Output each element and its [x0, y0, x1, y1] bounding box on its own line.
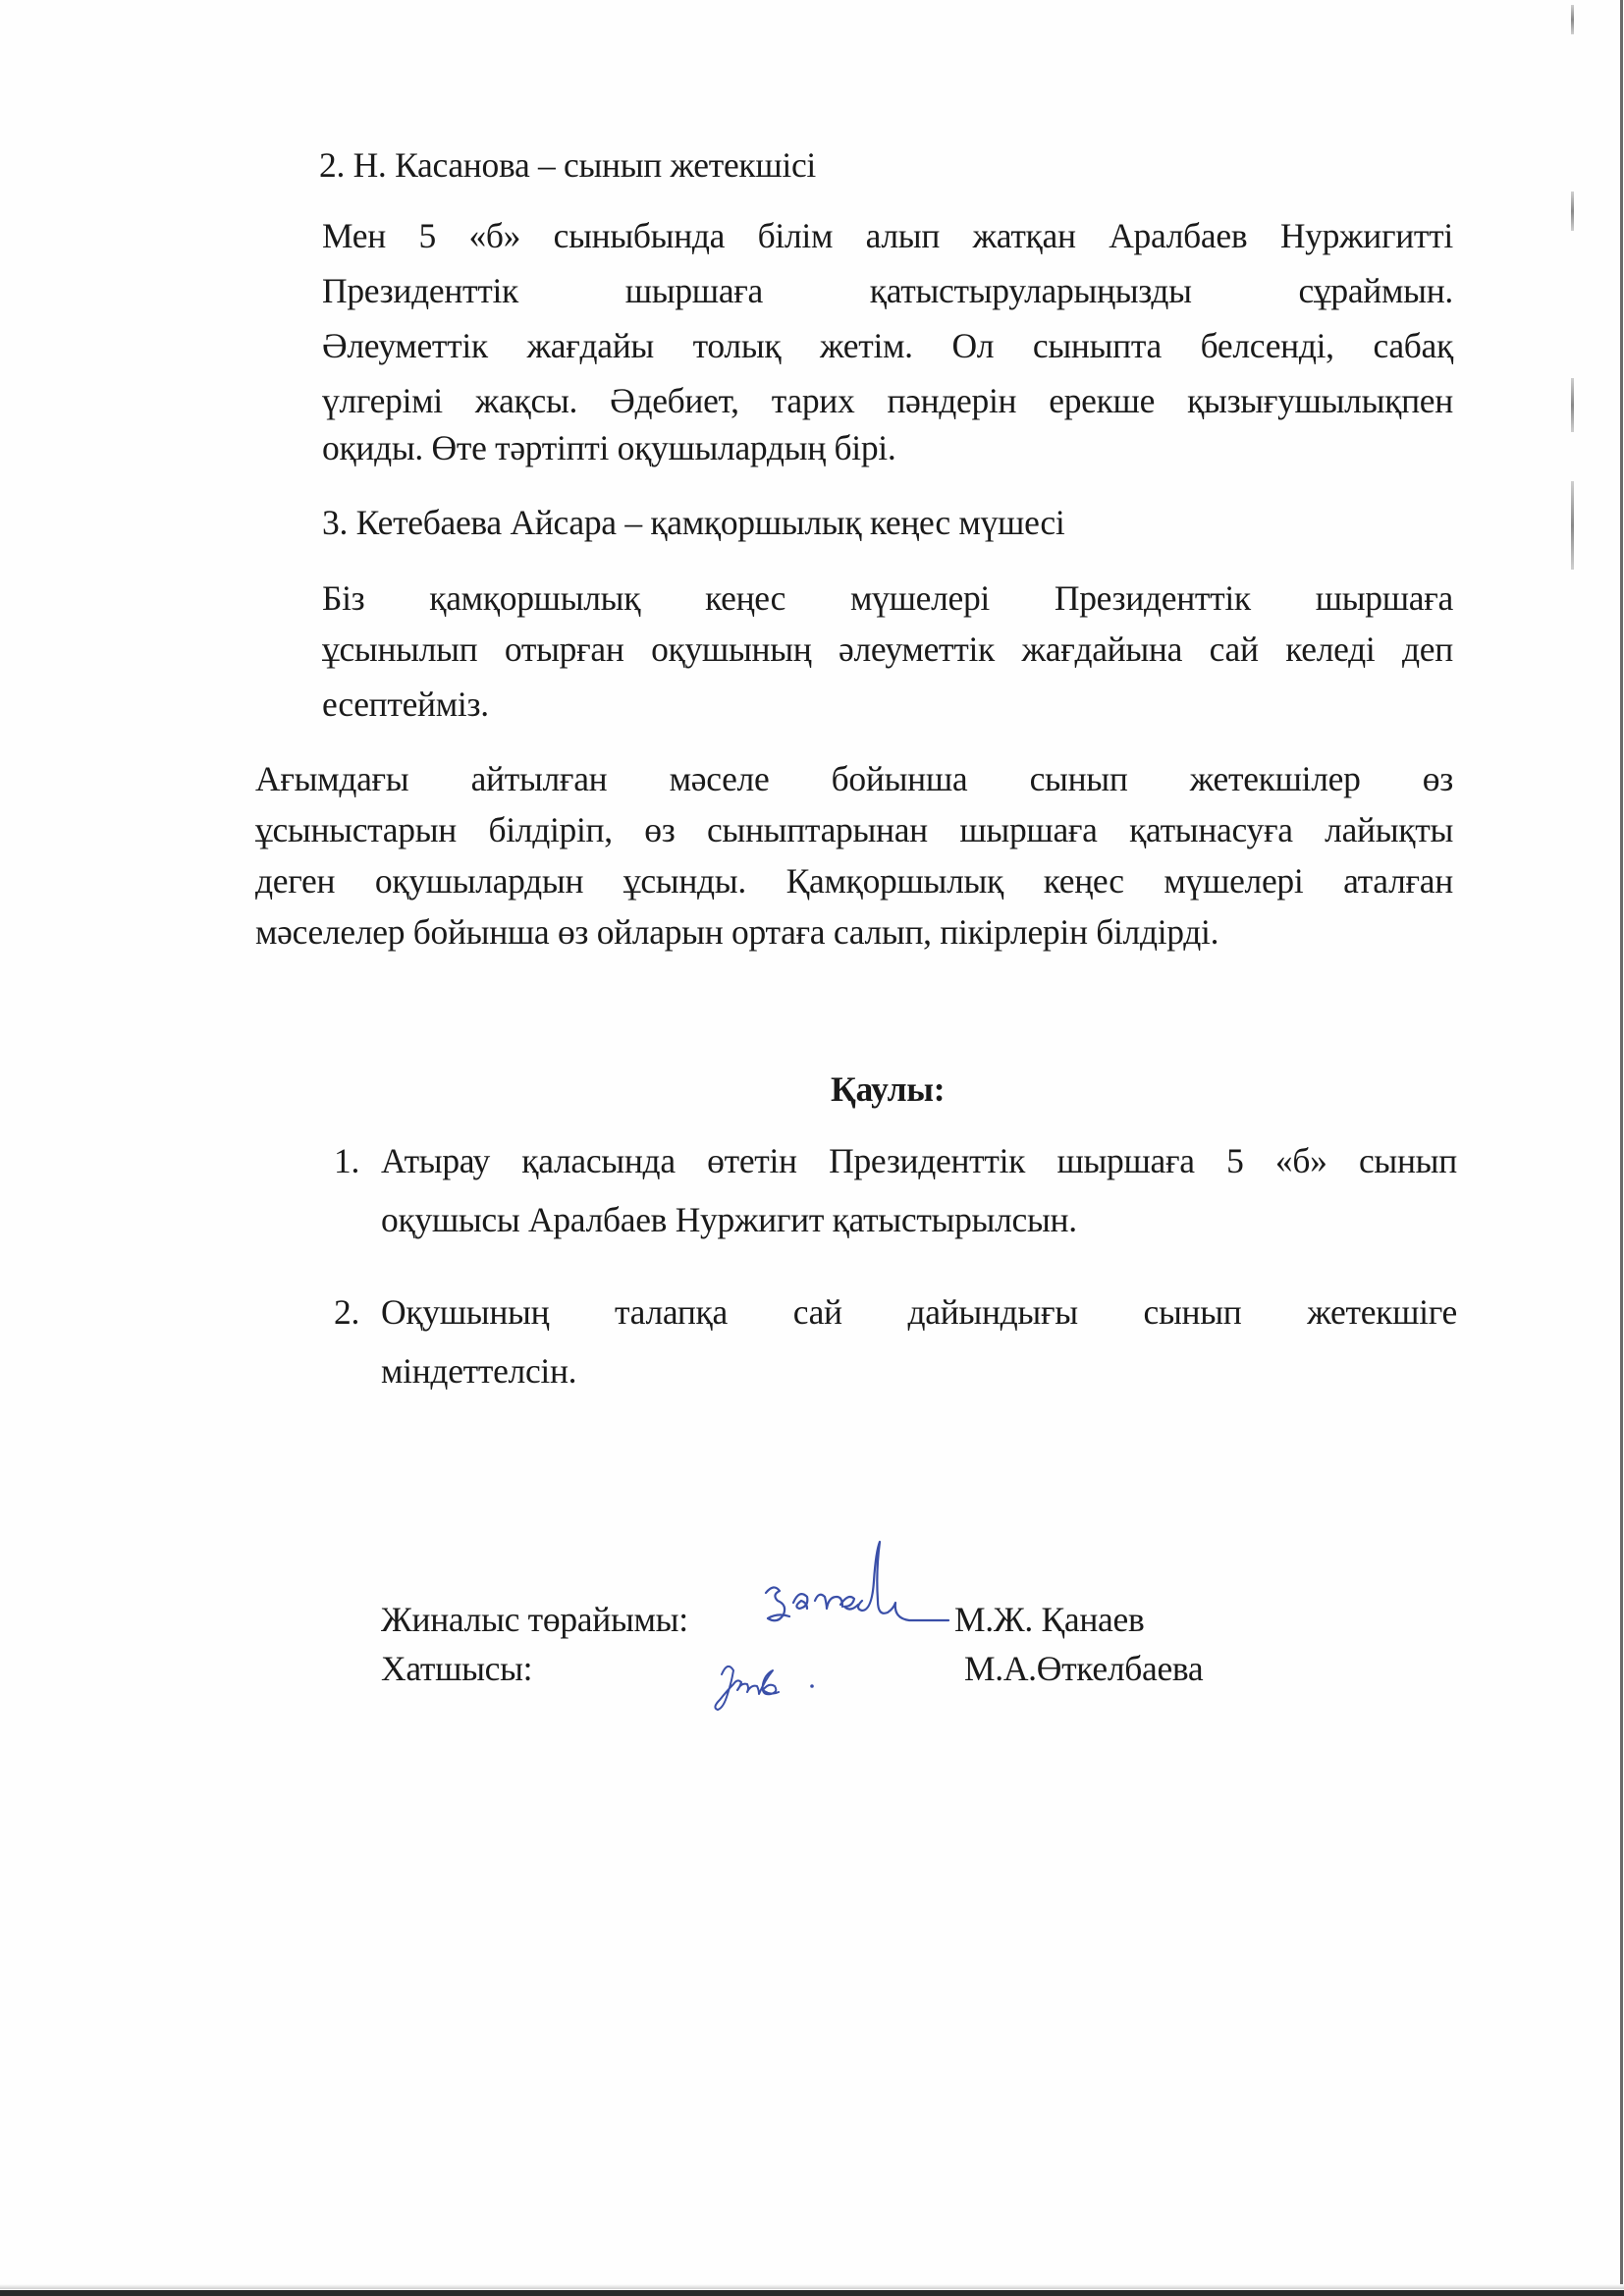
- word: бойынша: [832, 759, 968, 798]
- word: Нуржигитті: [1280, 216, 1453, 255]
- word: жақсы.: [475, 381, 577, 420]
- word: қамқоршылық: [429, 578, 640, 618]
- word: алып: [866, 216, 940, 255]
- resolution-item-2-line-2: міндеттелсін.: [381, 1351, 576, 1391]
- word: Атырау: [381, 1141, 490, 1180]
- word: әлеуметтік: [839, 629, 995, 669]
- resolution-item-1-line-2: оқушысы Аралбаев Нуржигит қатыстырылсын.: [381, 1200, 1077, 1239]
- word: білдіріп,: [488, 810, 612, 849]
- word: келеді: [1285, 629, 1375, 669]
- word: сабақ: [1373, 326, 1453, 365]
- word: аталған: [1343, 861, 1453, 901]
- item-3-heading: 3. Кетебаева Айсара – қамқоршылық кеңес …: [322, 503, 1064, 542]
- word: сыныбында: [554, 216, 726, 255]
- word: сынып: [1030, 759, 1128, 798]
- word: ерекше: [1049, 381, 1155, 420]
- word: жетім.: [820, 326, 913, 365]
- word: Президенттік: [1055, 578, 1251, 618]
- word: Біз: [322, 578, 364, 618]
- word: Аралбаев: [1109, 216, 1247, 255]
- word: тарих: [772, 381, 855, 420]
- word: белсенді,: [1201, 326, 1334, 365]
- word: шыршаға: [959, 810, 1097, 849]
- word: Президенттік: [829, 1141, 1025, 1180]
- item-3-paragraph-last-line: есептейміз.: [322, 684, 489, 724]
- word: жатқан: [973, 216, 1076, 255]
- word: шыршаға: [1056, 1141, 1194, 1180]
- word: өтетін: [707, 1141, 797, 1180]
- word: ұсынылып: [322, 629, 477, 669]
- item-3-paragraph-line-1: Біз қамқоршылық кеңес мүшелері Президент…: [322, 578, 1453, 618]
- word: деген: [255, 861, 335, 901]
- word: сыныптарынан: [707, 810, 928, 849]
- word: өз: [644, 810, 675, 849]
- word: қаласында: [521, 1141, 676, 1180]
- word: сынып: [1144, 1292, 1242, 1332]
- word: өз: [1423, 759, 1453, 798]
- resolution-item-1-line-1: Атырау қаласында өтетін Президенттік шыр…: [381, 1141, 1457, 1180]
- resolution-item-2-number: 2.: [334, 1292, 359, 1332]
- scan-mark: [1571, 378, 1574, 432]
- word: 5: [1226, 1141, 1243, 1180]
- word: Әдебиет,: [610, 381, 739, 420]
- resolution-item-2-line-1: Оқушының талапқа сай дайындығы сынып жет…: [381, 1292, 1457, 1332]
- word: ұсыныстарын: [255, 810, 457, 849]
- word: сынып: [1359, 1141, 1457, 1180]
- scan-right-edge: [1620, 0, 1623, 2288]
- word: Оқушының: [381, 1292, 549, 1332]
- word: дайындығы: [908, 1292, 1078, 1332]
- summary-last-line: мәселелер бойынша өз ойларын ортаға салы…: [255, 912, 1218, 952]
- word: қызығушылықпен: [1187, 381, 1453, 420]
- word: сыныпта: [1033, 326, 1162, 365]
- word: жағдайына: [1022, 629, 1183, 669]
- word: лайықты: [1325, 810, 1453, 849]
- word: білім: [758, 216, 833, 255]
- word: оқушылардын: [375, 861, 583, 901]
- item-2-paragraph-line-1: Мен 5 «б» сыныбында білім алып жатқан Ар…: [322, 216, 1453, 255]
- word: деп: [1402, 629, 1453, 669]
- word: жағдайы: [527, 326, 654, 365]
- word: үлгерімі: [322, 381, 443, 420]
- word: «б»: [468, 216, 520, 255]
- word: 5: [418, 216, 435, 255]
- summary-line-2: ұсыныстарын білдіріп, өз сыныптарынан шы…: [255, 810, 1453, 849]
- word: қатынасуға: [1129, 810, 1293, 849]
- word: ұсынды.: [623, 861, 746, 901]
- secretary-signature-icon: [702, 1625, 859, 1723]
- word: шыршаға: [625, 271, 763, 310]
- word: талапқа: [615, 1292, 728, 1332]
- chair-label: Жиналыс төрайымы:: [381, 1600, 688, 1639]
- word: Президенттік: [322, 271, 518, 310]
- word: мүшелері: [1164, 861, 1303, 901]
- word: мәселе: [670, 759, 770, 798]
- word: кеңес: [1044, 861, 1124, 901]
- word: сұраймын.: [1298, 271, 1453, 310]
- scan-mark: [1571, 5, 1574, 34]
- item-2-heading: 2. Н. Касанова – сынып жетекшісі: [319, 145, 816, 185]
- word: жетекшіге: [1307, 1292, 1457, 1332]
- word: Әлеуметтік: [322, 326, 488, 365]
- word: Ол: [951, 326, 994, 365]
- word: сай: [1210, 629, 1259, 669]
- item-2-paragraph-line-2: Президенттік шыршаға қатыстыруларыңызды …: [322, 271, 1453, 310]
- word: сай: [793, 1292, 842, 1332]
- scan-bottom-edge: [0, 2290, 1624, 2296]
- resolution-item-1-number: 1.: [334, 1141, 359, 1180]
- word: толық: [693, 326, 782, 365]
- item-3-paragraph-line-2: ұсынылып отырған оқушының әлеуметтік жағ…: [322, 629, 1453, 669]
- word: қатыстыруларыңызды: [870, 271, 1192, 310]
- secretary-name: М.А.Өткелбаева: [964, 1649, 1203, 1688]
- scan-bottom-shadow: [0, 2284, 1624, 2289]
- scan-mark: [1571, 481, 1574, 570]
- word: шыршаға: [1316, 578, 1453, 618]
- word: Ағымдағы: [255, 759, 408, 798]
- summary-line-1: Ағымдағы айтылған мәселе бойынша сынып ж…: [255, 759, 1453, 798]
- item-2-paragraph-last-line: оқиды. Өте тәртіпті оқушылардың бірі.: [322, 428, 895, 467]
- word: оқушының: [651, 629, 811, 669]
- scan-mark: [1571, 191, 1574, 231]
- summary-line-3: деген оқушылардын ұсынды. Қамқоршылық ке…: [255, 861, 1453, 901]
- item-2-paragraph-line-4: үлгерімі жақсы. Әдебиет, тарих пәндерін …: [322, 381, 1453, 420]
- item-2-paragraph-line-3: Әлеуметтік жағдайы толық жетім. Ол сынып…: [322, 326, 1453, 365]
- word: айтылған: [471, 759, 608, 798]
- word: жетекшілер: [1190, 759, 1361, 798]
- word: отырған: [505, 629, 624, 669]
- resolution-title: Қаулы:: [831, 1069, 945, 1109]
- word: пәндерін: [887, 381, 1016, 420]
- word: кеңес: [705, 578, 785, 618]
- word: Қамқоршылық: [786, 861, 1003, 901]
- word: «б»: [1275, 1141, 1327, 1180]
- secretary-label: Хатшысы:: [381, 1649, 532, 1688]
- document-page: 2. Н. Касанова – сынып жетекшісі Мен 5 «…: [0, 0, 1624, 2296]
- word: мүшелері: [850, 578, 990, 618]
- word: Мен: [322, 216, 386, 255]
